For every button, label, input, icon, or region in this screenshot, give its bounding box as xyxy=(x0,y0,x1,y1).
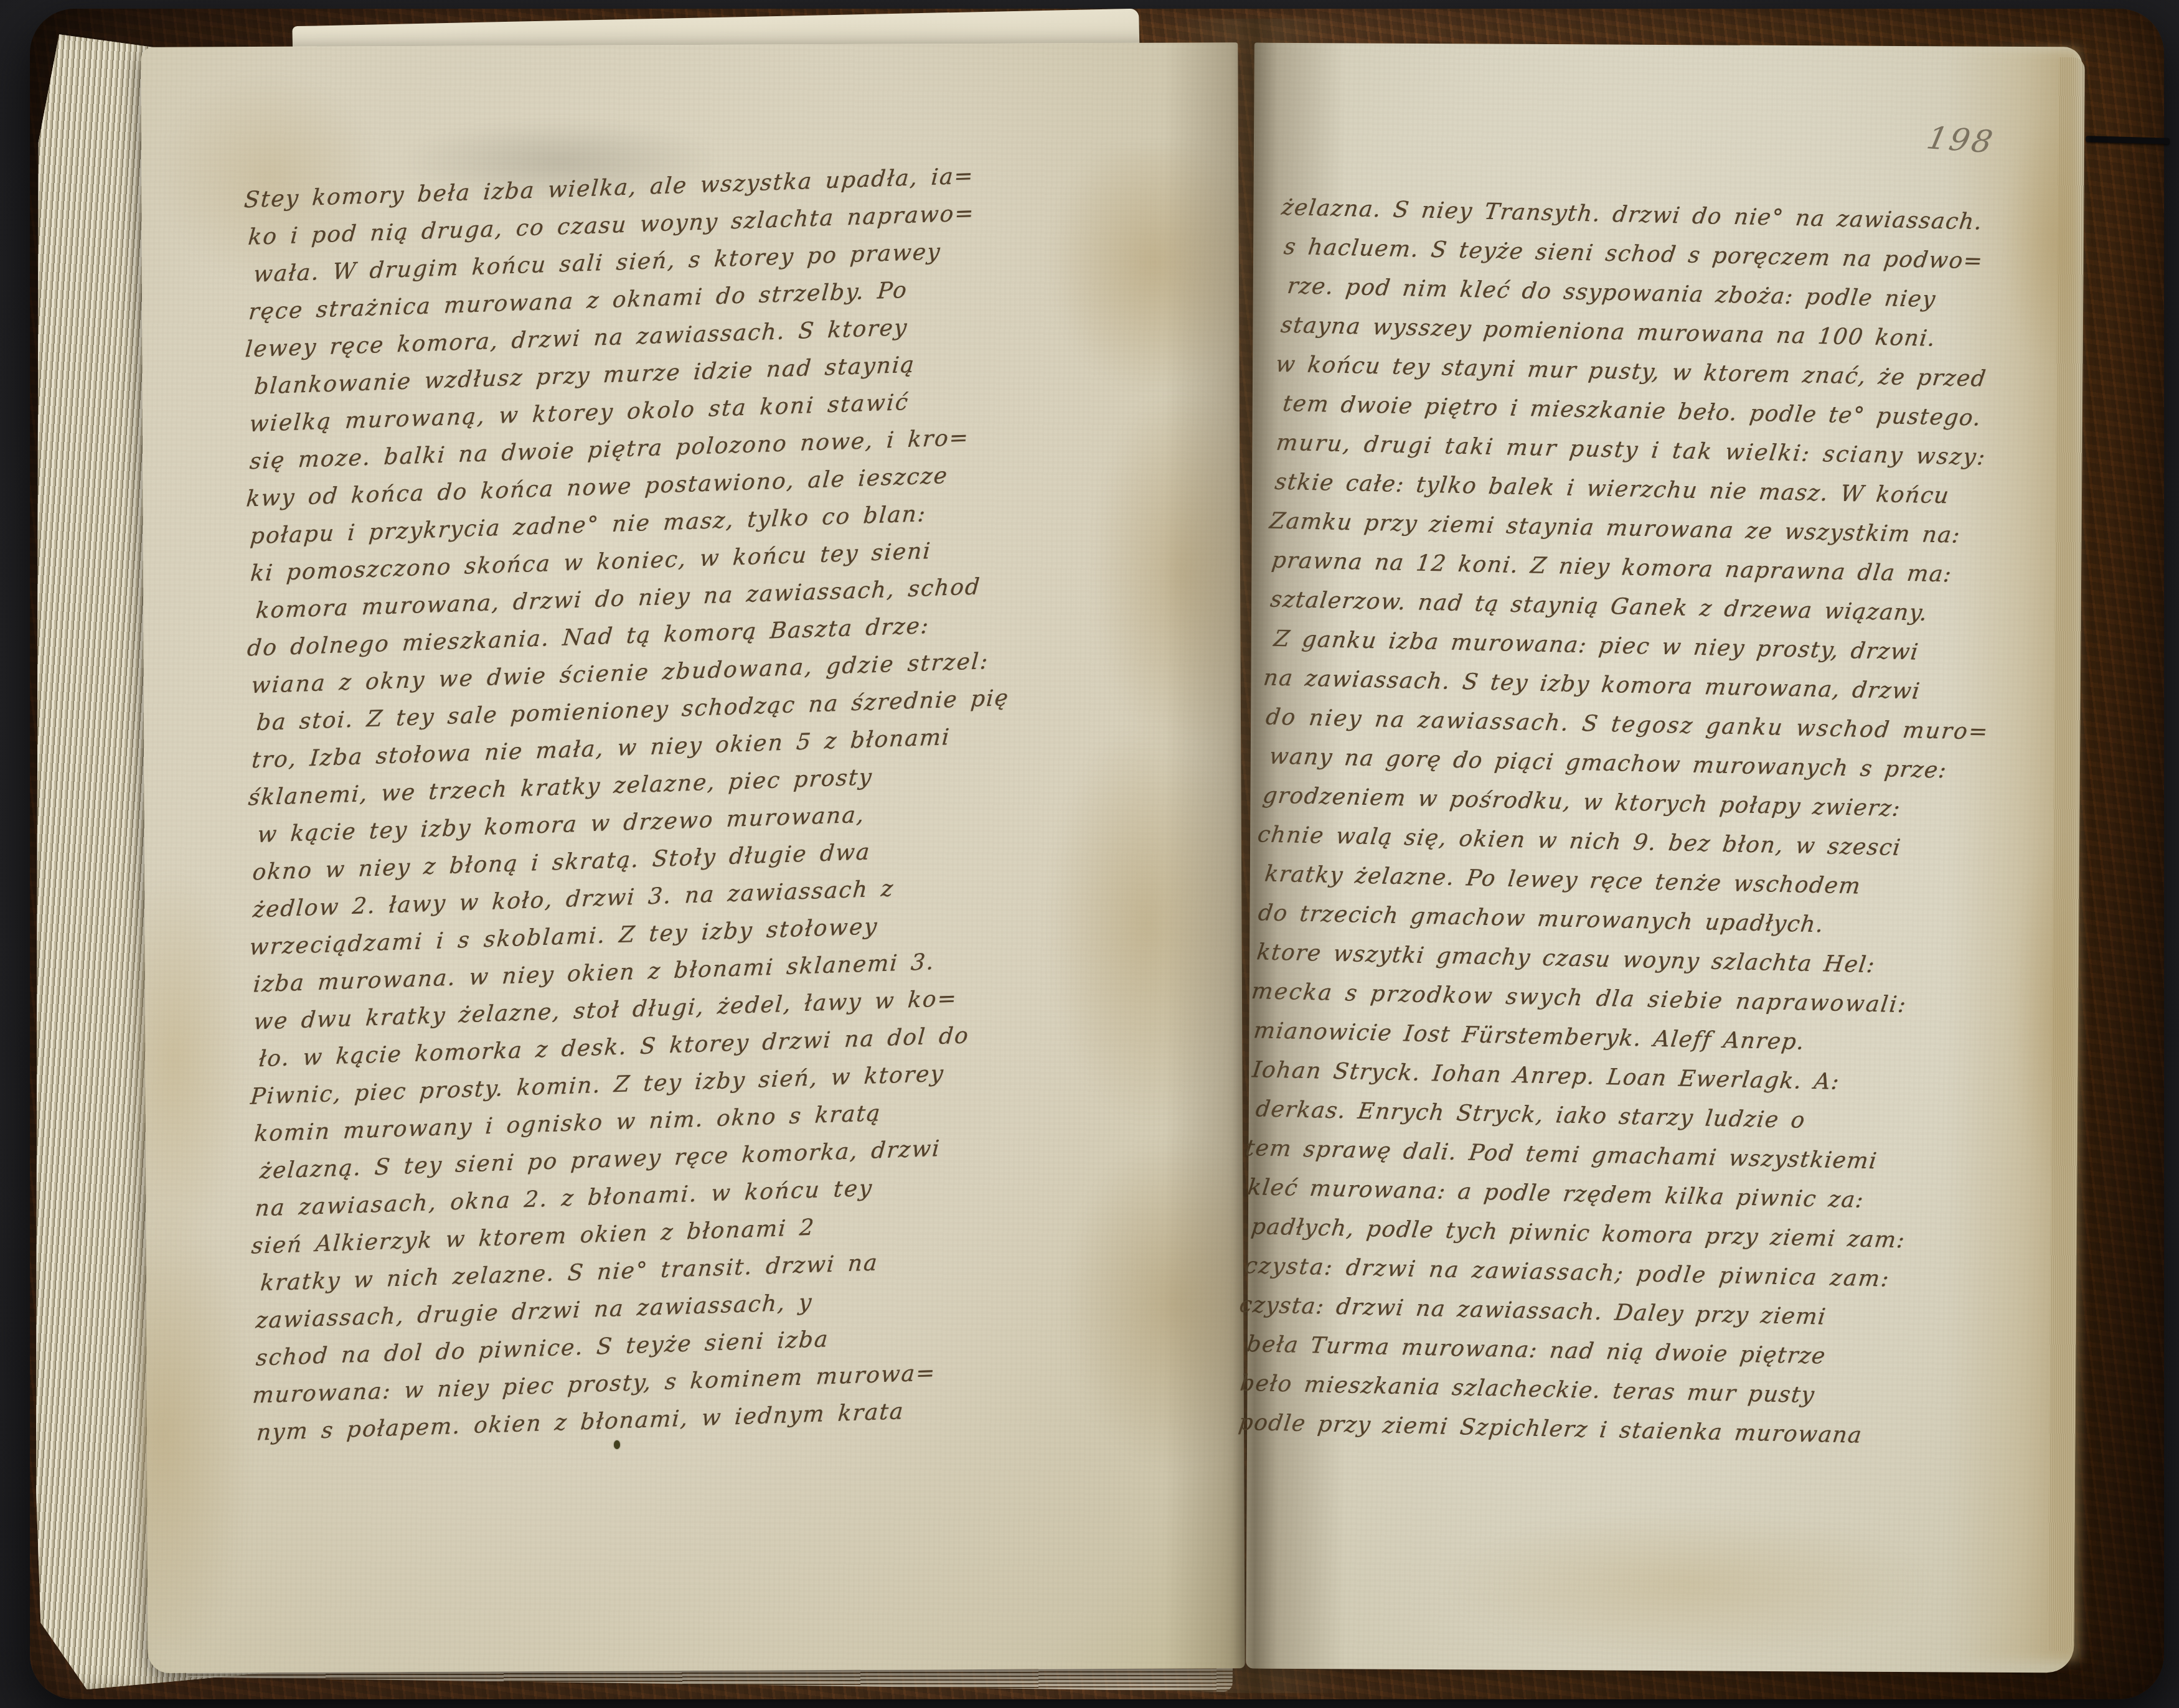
left-page-text: Stey komory beła izba wielka, ale wszyst… xyxy=(248,157,1004,1452)
photo-background: Stey komory beła izba wielka, ale wszyst… xyxy=(0,0,2179,1708)
ink-dot xyxy=(614,1440,620,1449)
page-number: 198 xyxy=(1924,120,1998,161)
right-page-text: żelazna. S niey Transyth. drzwi do nie° … xyxy=(1238,188,2043,1458)
